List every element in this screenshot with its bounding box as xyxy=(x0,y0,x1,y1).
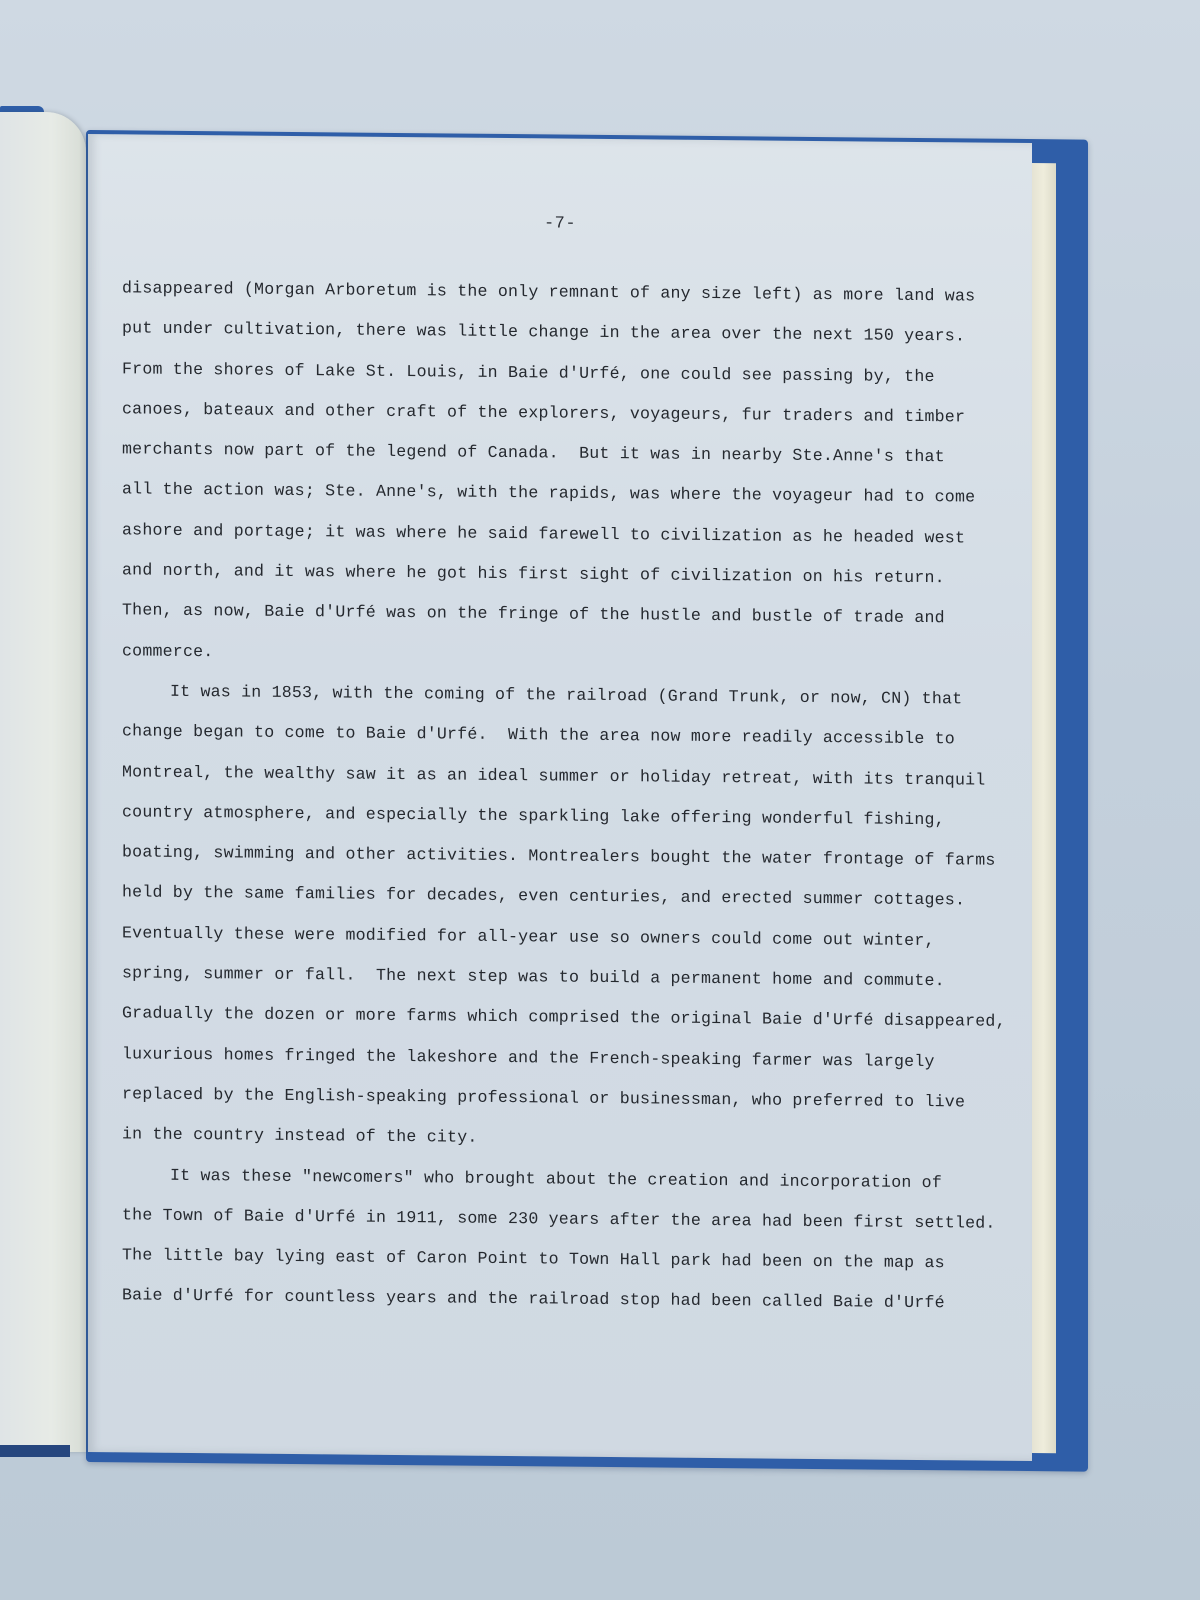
left-page xyxy=(0,112,86,1452)
page-number: -7- xyxy=(88,210,1032,238)
paragraph: disappeared (Morgan Arboretum is the onl… xyxy=(122,268,1002,679)
paragraph: It was these "newcomers" who brought abo… xyxy=(122,1155,1002,1325)
right-page: -7- disappeared (Morgan Arboretum is the… xyxy=(88,134,1032,1461)
page-stack-edge xyxy=(1030,163,1056,1453)
page-body-text: disappeared (Morgan Arboretum is the onl… xyxy=(122,268,1002,1324)
book-cover-bottom-edge xyxy=(0,1445,70,1457)
paragraph: It was in 1853, with the coming of the r… xyxy=(122,671,1002,1163)
text-line: Baie d'Urfé for countless years and the … xyxy=(122,1276,1002,1325)
text-line: Then, as now, Baie d'Urfé was on the fri… xyxy=(122,591,1002,640)
